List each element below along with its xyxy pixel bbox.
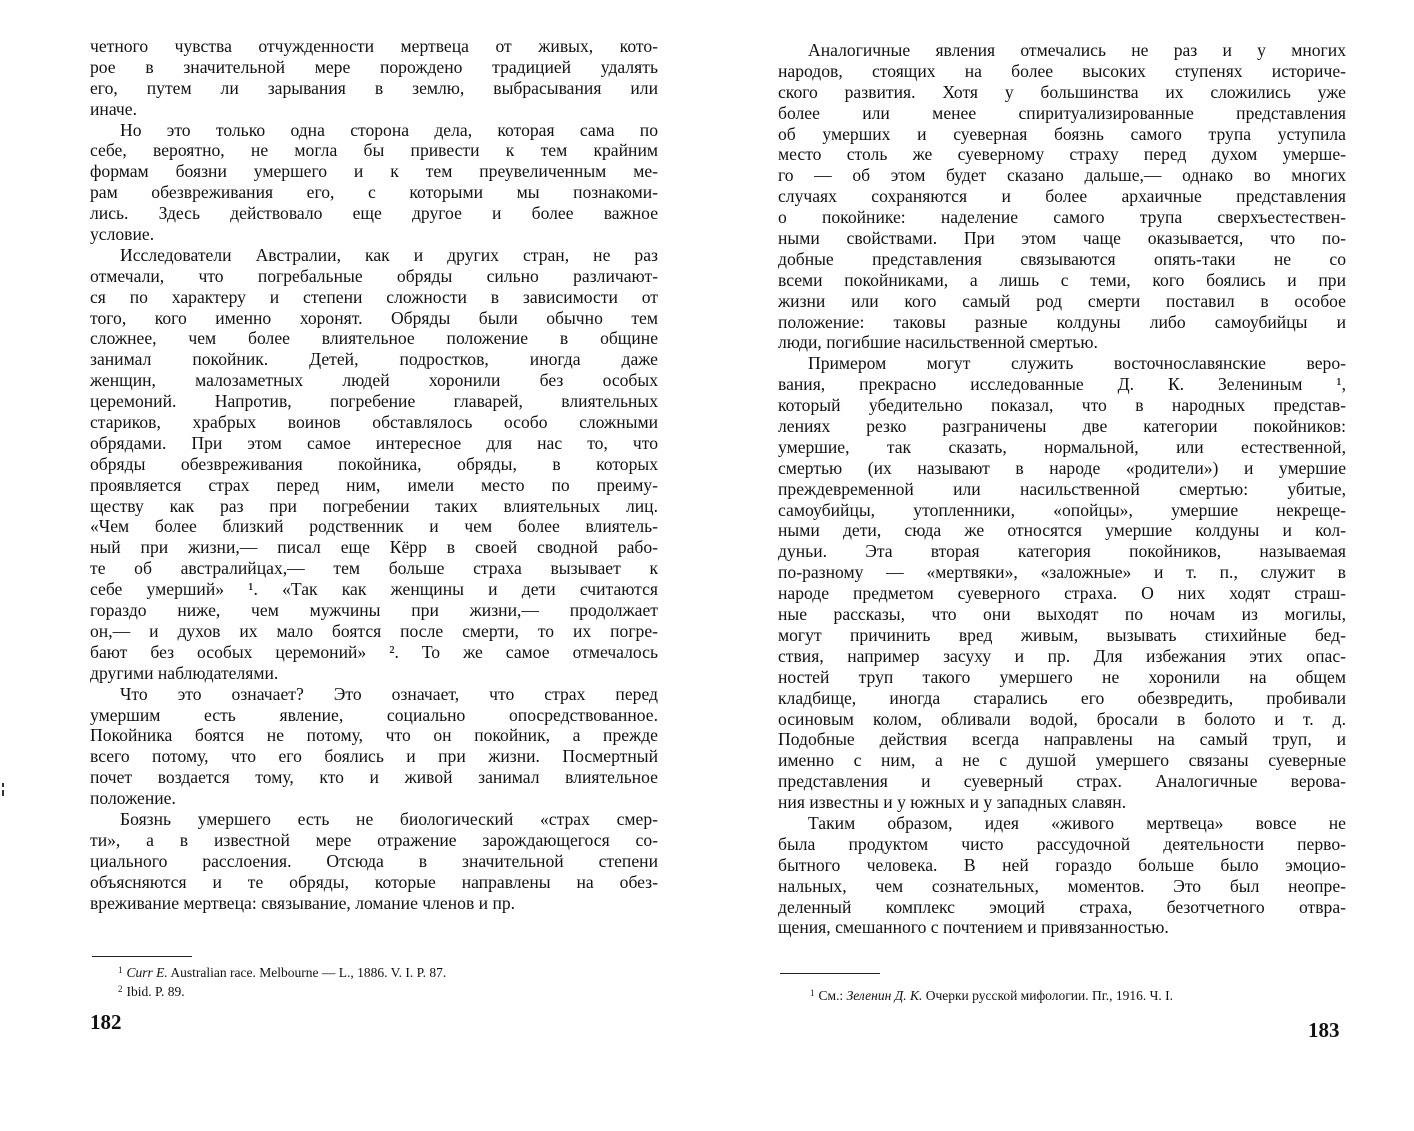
- text-line: ского развития. Хотя у большинства их сл…: [778, 82, 1346, 103]
- text-line: осиновым колом, обливали водой, бросали …: [778, 709, 1346, 730]
- text-line: ными дети, сюда же относятся умершие кол…: [778, 520, 1346, 541]
- text-line: ществу как раз при погребении таких влия…: [90, 496, 658, 517]
- text-line: ствия, например засуху и пр. Для избежан…: [778, 646, 1346, 667]
- text-line: иначе.: [90, 99, 658, 120]
- text-line: положение: таковы разные колдуны либо са…: [778, 312, 1346, 333]
- text-line: всеми покойниками, а лишь с теми, кого б…: [778, 270, 1346, 291]
- text-line: он,— и духов их мало боятся после смерти…: [90, 621, 658, 642]
- text-line: лись. Здесь действовало еще другое и бол…: [90, 203, 658, 224]
- page-number: 182: [90, 1010, 122, 1035]
- text-line: того, кого именно хоронят. Обряды были о…: [90, 308, 658, 329]
- text-line: занимал покойник. Детей, подростков, ино…: [90, 349, 658, 370]
- footnote-divider: [92, 956, 192, 957]
- text-line: Аналогичные явления отмечались не раз и …: [778, 40, 1346, 61]
- text-line: условие.: [90, 224, 658, 245]
- text-line: народов, стоящих на более высоких ступен…: [778, 61, 1346, 82]
- footnote-1: 1См.: Зеленин Д. К. Очерки русской мифол…: [778, 985, 1173, 1004]
- text-line: умершим есть явление, социально опосредс…: [90, 705, 658, 726]
- text-line: четного чувства отчужденности мертвеца о…: [90, 36, 658, 57]
- text-line: Примером могут служить восточнославянски…: [778, 353, 1346, 374]
- text-line: ный при жизни,— писал еще Кёрр в своей с…: [90, 537, 658, 558]
- footnote-2: 2Ibid. P. 89.: [90, 981, 446, 1000]
- text-line: щения, смешанного с почтением и привязан…: [778, 917, 1346, 938]
- text-line: обряды обезвреживания покойника, обряды,…: [90, 454, 658, 475]
- text-line: бытного человека. В ней гораздо больше б…: [778, 855, 1346, 876]
- text-line: деленный комплекс эмоций страха, безотче…: [778, 897, 1346, 918]
- text-line: об умерших и суеверная боязнь самого тру…: [778, 124, 1346, 145]
- text-line: стариков, храбрых воинов обставлялось ос…: [90, 412, 658, 433]
- text-line: формам боязни умершего и к тем преувелич…: [90, 161, 658, 182]
- text-line: сложнее, чем более влиятельное положение…: [90, 328, 658, 349]
- text-line: отмечали, что погребальные обряды сильно…: [90, 266, 658, 287]
- text-line: дуньи. Эта вторая категория покойников, …: [778, 541, 1346, 562]
- text-line: почет воздается тому, кто и живой занима…: [90, 767, 658, 788]
- text-line: церемоний. Напротив, погребение главарей…: [90, 391, 658, 412]
- text-line: ти», а в известной мере отражение зарожд…: [90, 830, 658, 851]
- text-line: ные рассказы, что они выходят по ночам и…: [778, 604, 1346, 625]
- text-line: проявляется страх перед ним, имели место…: [90, 475, 658, 496]
- text-line: более или менее спиритуализированные пре…: [778, 103, 1346, 124]
- text-line: себе, вероятно, не могла бы привести к т…: [90, 140, 658, 161]
- text-line: ными свойствами. При этом чаще оказывает…: [778, 228, 1346, 249]
- right-page-body: Аналогичные явления отмечались не раз и …: [778, 40, 1346, 938]
- text-line: всего потому, что его боялись и при жизн…: [90, 746, 658, 767]
- text-line: объясняются и те обряды, которые направл…: [90, 872, 658, 893]
- text-line: циального расслоения. Отсюда в значитель…: [90, 851, 658, 872]
- text-line: ся по характеру и степени сложности в за…: [90, 287, 658, 308]
- text-line: место столь же суеверному страху перед д…: [778, 144, 1346, 165]
- text-line: могут причинить вред живым, вызывать сти…: [778, 625, 1346, 646]
- text-line: по-разному — «мертвяки», «заложные» и т.…: [778, 562, 1346, 583]
- text-line: гораздо ниже, чем мужчины при жизни,— пр…: [90, 600, 658, 621]
- text-line: ния известны и у южных и у западных слав…: [778, 792, 1346, 813]
- text-line: себе умерший» ¹. «Так как женщины и дети…: [90, 579, 658, 600]
- text-line: люди, погибшие насильственной смертью.: [778, 332, 1346, 353]
- text-line: обрядами. При этом самое интересное для …: [90, 433, 658, 454]
- text-line: была продуктом чисто рассудочной деятель…: [778, 834, 1346, 855]
- text-line: преждевременной или насильственной смерт…: [778, 479, 1346, 500]
- text-line: те об австралийцах,— тем больше страха в…: [90, 558, 658, 579]
- text-line: о покойнике: наделение самого трупа свер…: [778, 207, 1346, 228]
- text-line: вания, прекрасно исследованные Д. К. Зел…: [778, 374, 1346, 395]
- text-line: «Чем более близкий родственник и чем бол…: [90, 516, 658, 537]
- left-page-body: четного чувства отчужденности мертвеца о…: [90, 36, 658, 913]
- text-line: ностей труп такого умершего не хоронили …: [778, 667, 1346, 688]
- text-line: нальных, чем сознательных, моментов. Это…: [778, 876, 1346, 897]
- text-line: Что это означает? Это означает, что стра…: [90, 684, 658, 705]
- text-line: Покойника боятся не потому, что он покой…: [90, 725, 658, 746]
- scan-artifact: [2, 783, 4, 787]
- text-line: рам обезвреживания его, с которыми мы по…: [90, 182, 658, 203]
- text-line: бают без особых церемоний» ². То же само…: [90, 642, 658, 663]
- text-line: Но это только одна сторона дела, которая…: [90, 120, 658, 141]
- text-line: другими наблюдателями.: [90, 663, 658, 684]
- text-line: рое в значительной мере порождено традиц…: [90, 57, 658, 78]
- text-line: случаях сохраняются и более архаичные пр…: [778, 186, 1346, 207]
- text-line: смертью (их называют в народе «родители»…: [778, 458, 1346, 479]
- page-number: 183: [1308, 1018, 1340, 1043]
- footnote-1: 1Curr E. Australian race. Melbourne — L.…: [90, 962, 446, 981]
- text-line: Боязнь умершего есть не биологический «с…: [90, 809, 658, 830]
- left-footnotes: 1Curr E. Australian race. Melbourne — L.…: [90, 962, 446, 1000]
- text-line: самоубийцы, утопленники, «опойцы», умерш…: [778, 500, 1346, 521]
- scan-artifact: [2, 790, 4, 796]
- text-line: Таким образом, идея «живого мертвеца» во…: [778, 813, 1346, 834]
- text-line: который убедительно показал, что в народ…: [778, 395, 1346, 416]
- text-line: именно с ним, а не с душой умершего связ…: [778, 750, 1346, 771]
- text-line: го — об этом будет сказано дальше,— одна…: [778, 165, 1346, 186]
- text-line: представления и суеверный страх. Аналоги…: [778, 771, 1346, 792]
- text-line: кладбище, иногда старались его обезвреди…: [778, 688, 1346, 709]
- text-line: Подобные действия всегда направлены на с…: [778, 729, 1346, 750]
- footnote-divider: [780, 973, 880, 974]
- text-line: умершие, так сказать, нормальной, или ес…: [778, 437, 1346, 458]
- text-line: добные представления связываются опять-т…: [778, 249, 1346, 270]
- text-line: народе предметом суеверного страха. О ни…: [778, 583, 1346, 604]
- text-line: вреживание мертвеца: связывание, ломание…: [90, 893, 658, 914]
- text-line: жизни или кого самый род смерти поставил…: [778, 291, 1346, 312]
- text-line: женщин, малозаметных людей хоронили без …: [90, 370, 658, 391]
- text-line: его, путем ли зарывания в землю, выбрасы…: [90, 78, 658, 99]
- right-footnotes: 1См.: Зеленин Д. К. Очерки русской мифол…: [778, 985, 1173, 1004]
- text-line: лениях резко разграничены две категории …: [778, 416, 1346, 437]
- text-line: Исследователи Австралии, как и других ст…: [90, 245, 658, 266]
- text-line: положение.: [90, 788, 658, 809]
